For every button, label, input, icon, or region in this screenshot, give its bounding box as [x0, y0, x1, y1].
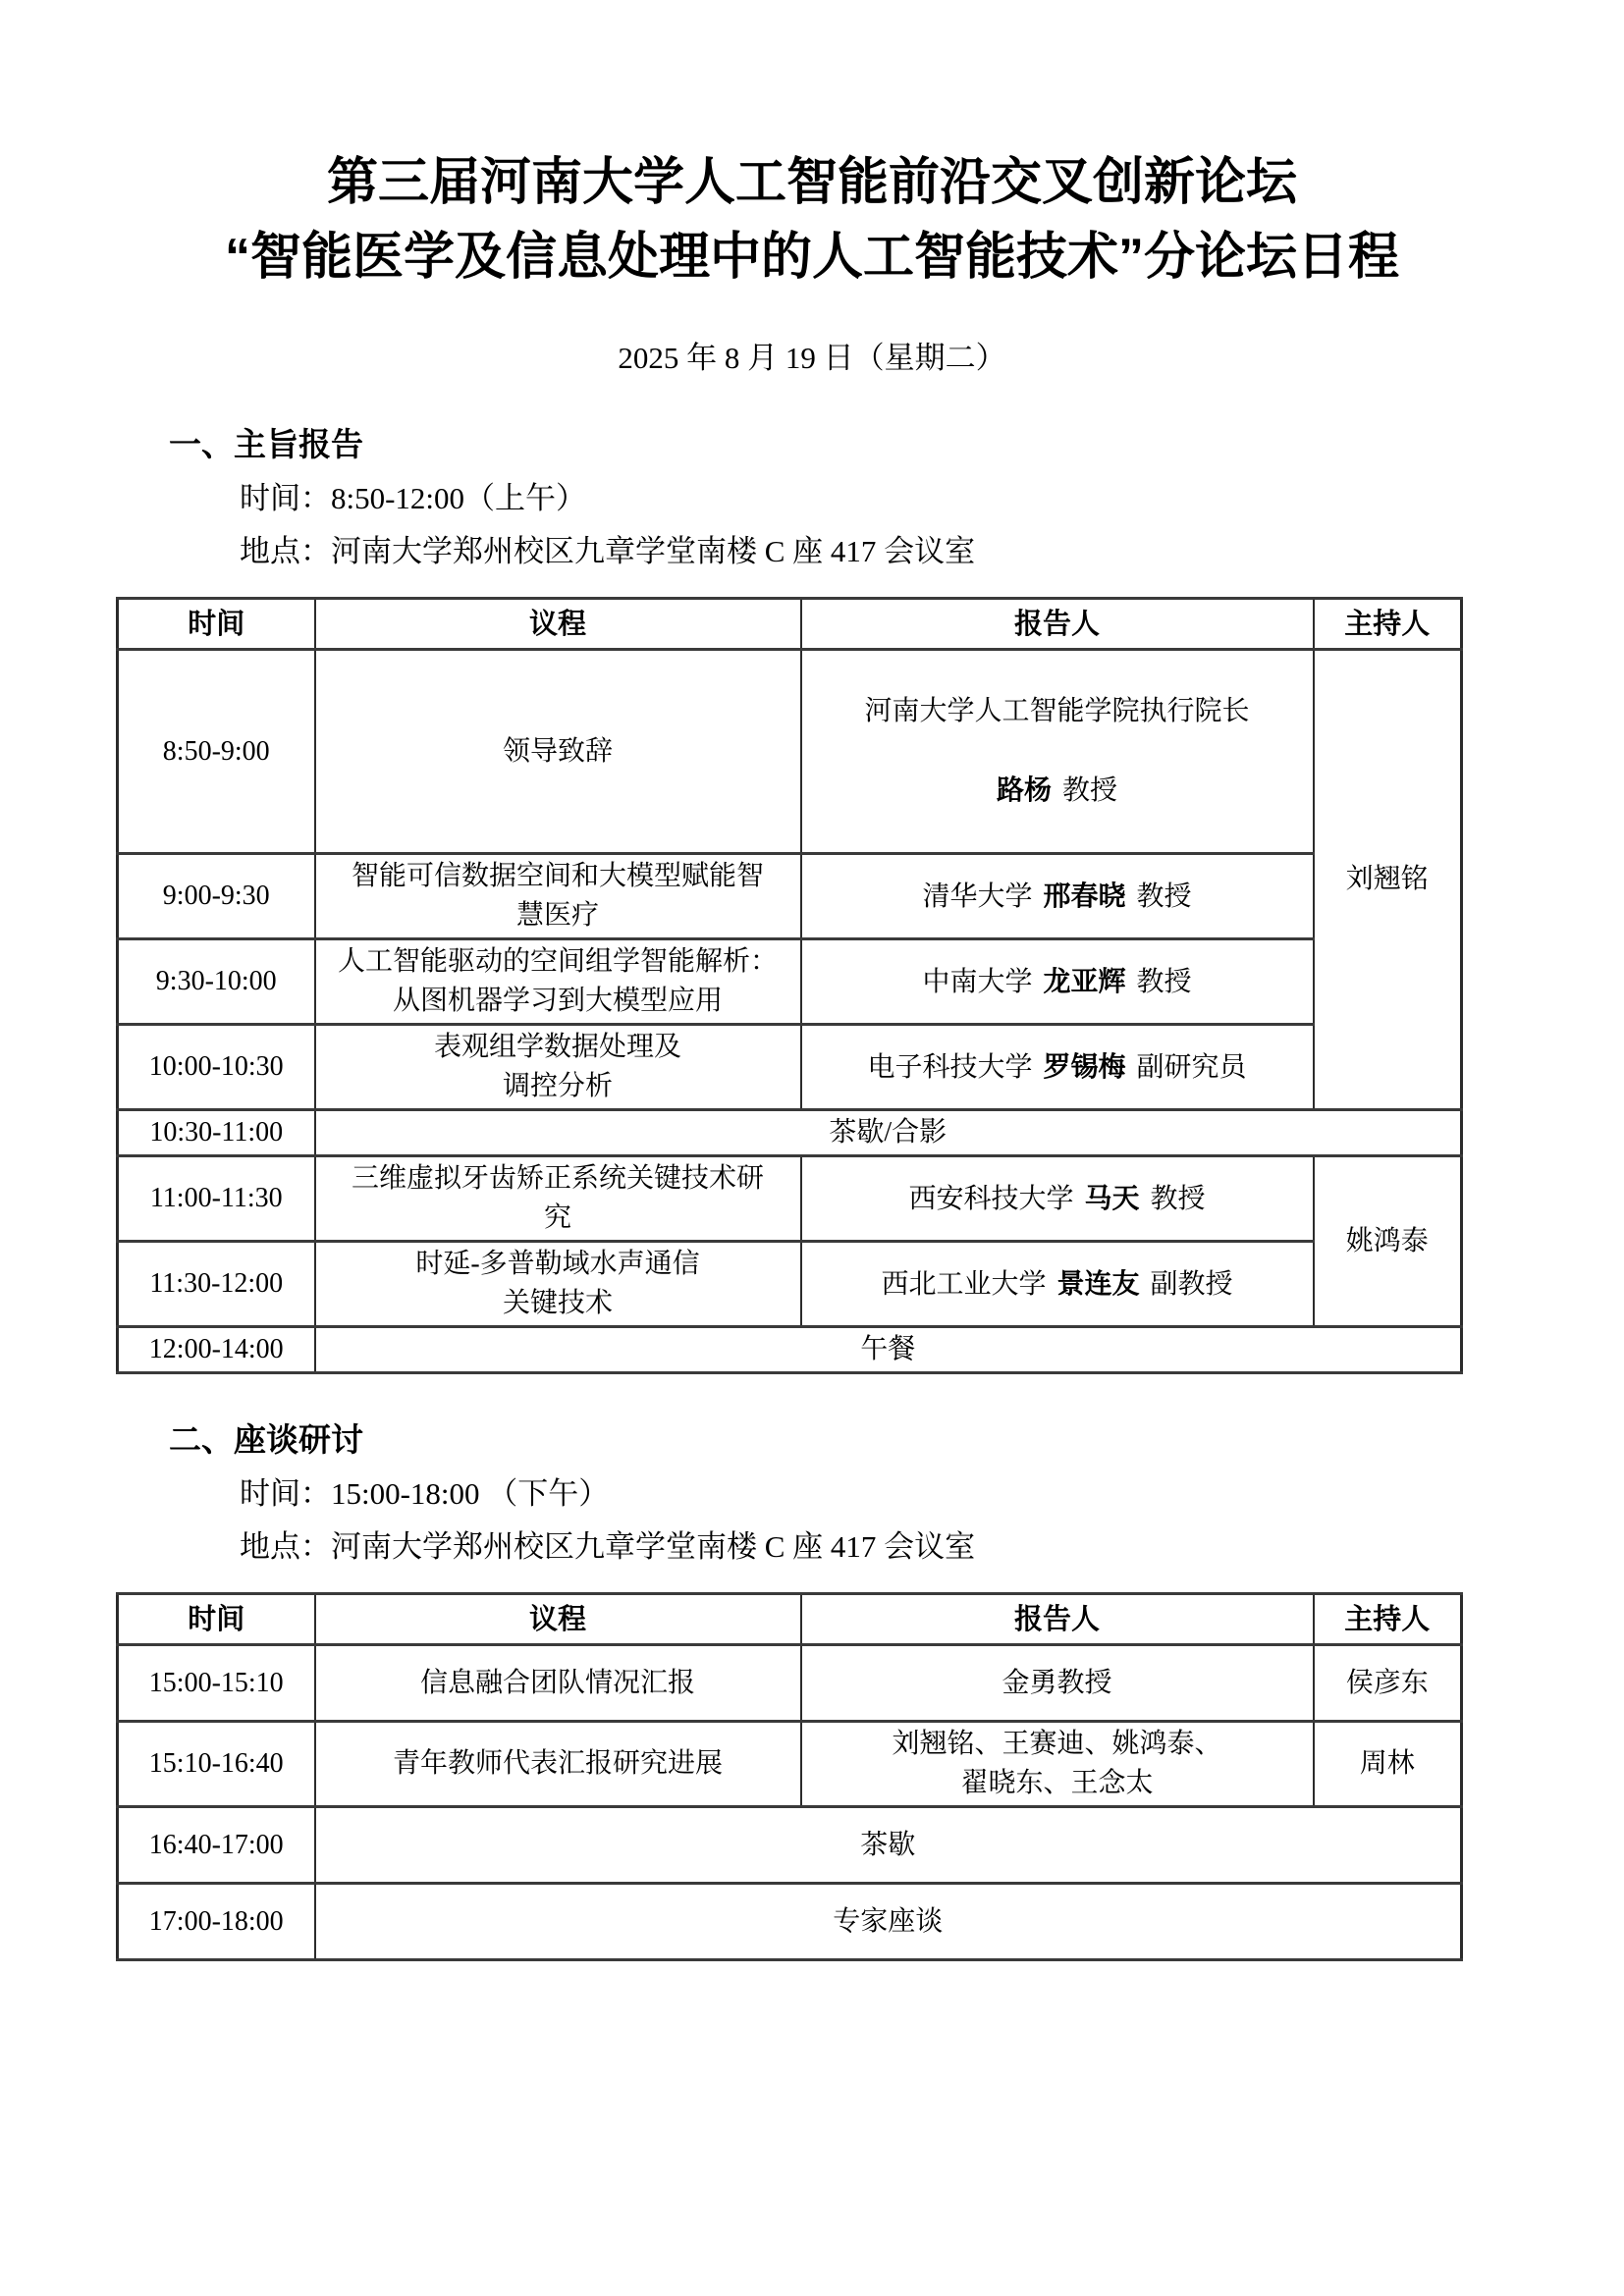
table-row: 9:00-9:30 智能可信数据空间和大模型赋能智 慧医疗 清华大学邢春晓教授 — [118, 854, 1462, 939]
section-keynote-heading: 一、主旨报告 — [169, 422, 1460, 467]
column-header-host: 主持人 — [1314, 1594, 1462, 1645]
merged-break-cell: 茶歇 — [315, 1807, 1462, 1884]
table-header-row: 时间 议程 报告人 主持人 — [118, 599, 1462, 650]
host-cell: 姚鸿泰 — [1314, 1156, 1462, 1327]
host-cell: 刘翘铭 — [1314, 650, 1462, 1110]
event-date: 2025 年 8 月 19 日（星期二） — [0, 338, 1624, 379]
reporter-cell: 刘翘铭、王赛迪、姚鸿泰、 翟晓东、王念太 — [801, 1722, 1314, 1807]
agenda-cell: 表观组学数据处理及 调控分析 — [315, 1025, 801, 1110]
host-cell: 侯彦东 — [1314, 1645, 1462, 1722]
agenda-cell: 领导致辞 — [315, 650, 801, 854]
agenda-cell: 信息融合团队情况汇报 — [315, 1645, 801, 1722]
agenda-cell: 青年教师代表汇报研究进展 — [315, 1722, 801, 1807]
panel-schedule-table: 时间 议程 报告人 主持人 15:00-15:10 信息融合团队情况汇报 金勇教… — [116, 1592, 1463, 1961]
table-row: 9:30-10:00 人工智能驱动的空间组学智能解析： 从图机器学习到大模型应用… — [118, 939, 1462, 1025]
reporter-name: 马天 — [1084, 1183, 1139, 1213]
column-header-time: 时间 — [118, 599, 315, 650]
host-cell: 周林 — [1314, 1722, 1462, 1807]
column-header-agenda: 议程 — [315, 599, 801, 650]
merged-break-cell: 午餐 — [315, 1327, 1462, 1373]
reporter-affiliation: 电子科技大学 — [867, 1052, 1032, 1083]
time-cell: 9:00-9:30 — [118, 854, 315, 939]
table-row: 11:30-12:00 时延-多普勒域水声通信 关键技术 西北工业大学景连友副教… — [118, 1242, 1462, 1327]
reporter-cell: 中南大学龙亚辉教授 — [801, 939, 1314, 1025]
agenda-cell: 时延-多普勒域水声通信 关键技术 — [315, 1242, 801, 1327]
reporter-affiliation: 西北工业大学 — [881, 1269, 1046, 1300]
merged-break-cell: 茶歇/合影 — [315, 1110, 1462, 1156]
section-panel-heading: 二、座谈研讨 — [169, 1417, 1460, 1463]
reporter-name: 路杨 — [997, 774, 1052, 805]
time-cell: 15:10-16:40 — [118, 1722, 315, 1807]
time-cell: 16:40-17:00 — [118, 1807, 315, 1884]
merged-break-cell: 专家座谈 — [315, 1884, 1462, 1960]
reporter-cell: 电子科技大学罗锡梅副研究员 — [801, 1025, 1314, 1110]
table-header-row: 时间 议程 报告人 主持人 — [118, 1594, 1462, 1645]
reporter-name: 罗锡梅 — [1043, 1051, 1125, 1082]
forum-title: 第三届河南大学人工智能前沿交叉创新论坛 — [0, 145, 1624, 220]
column-header-agenda: 议程 — [315, 1594, 801, 1645]
reporter-name: 邢春晓 — [1043, 881, 1125, 911]
reporter-cell: 河南大学人工智能学院执行院长 路杨教授 — [801, 650, 1314, 854]
agenda-cell: 智能可信数据空间和大模型赋能智 慧医疗 — [315, 854, 801, 939]
time-cell: 9:30-10:00 — [118, 939, 315, 1025]
time-cell: 8:50-9:00 — [118, 650, 315, 854]
table-row: 15:10-16:40 青年教师代表汇报研究进展 刘翘铭、王赛迪、姚鸿泰、 翟晓… — [118, 1722, 1462, 1807]
table-row-break: 10:30-11:00 茶歇/合影 — [118, 1110, 1462, 1156]
reporter-affiliation-line: 河南大学人工智能学院执行院长 — [812, 692, 1303, 731]
panel-time-line: 时间：15:00-18:00 （下午） — [240, 1472, 1460, 1516]
time-cell: 10:00-10:30 — [118, 1025, 315, 1110]
reporter-affiliation: 西安科技大学 — [908, 1184, 1073, 1214]
column-header-host: 主持人 — [1314, 599, 1462, 650]
table-row: 15:00-15:10 信息融合团队情况汇报 金勇教授 侯彦东 — [118, 1645, 1462, 1722]
column-header-time: 时间 — [118, 1594, 315, 1645]
reporter-cell: 西北工业大学景连友副教授 — [801, 1242, 1314, 1327]
reporter-name: 景连友 — [1056, 1268, 1139, 1299]
time-cell: 15:00-15:10 — [118, 1645, 315, 1722]
reporter-rank: 教授 — [1151, 1184, 1206, 1214]
reporter-name: 龙亚辉 — [1043, 966, 1125, 996]
reporter-rank: 教授 — [1062, 775, 1117, 806]
reporter-rank: 副研究员 — [1137, 1052, 1247, 1083]
time-cell: 10:30-11:00 — [118, 1110, 315, 1156]
reporter-affiliation: 中南大学 — [922, 967, 1032, 997]
time-cell: 12:00-14:00 — [118, 1327, 315, 1373]
reporter-name-line: 路杨教授 — [812, 771, 1303, 811]
panel-location-line: 地点：河南大学郑州校区九章学堂南楼 C 座 417 会议室 — [240, 1525, 1460, 1569]
column-header-reporter: 报告人 — [801, 1594, 1314, 1645]
time-cell: 11:00-11:30 — [118, 1156, 315, 1242]
reporter-cell: 西安科技大学马天教授 — [801, 1156, 1314, 1242]
reporter-cell: 金勇教授 — [801, 1645, 1314, 1722]
column-header-reporter: 报告人 — [801, 599, 1314, 650]
reporter-rank: 教授 — [1137, 881, 1192, 912]
table-row: 8:50-9:00 领导致辞 河南大学人工智能学院执行院长 路杨教授 刘翘铭 — [118, 650, 1462, 854]
table-row-break: 17:00-18:00 专家座谈 — [118, 1884, 1462, 1960]
reporter-rank: 教授 — [1137, 967, 1192, 997]
reporter-cell: 清华大学邢春晓教授 — [801, 854, 1314, 939]
reporter-affiliation: 清华大学 — [922, 881, 1032, 912]
agenda-cell: 人工智能驱动的空间组学智能解析： 从图机器学习到大模型应用 — [315, 939, 801, 1025]
table-row-break: 12:00-14:00 午餐 — [118, 1327, 1462, 1373]
document-page: 第三届河南大学人工智能前沿交叉创新论坛 “智能医学及信息处理中的人工智能技术”分… — [0, 0, 1624, 2296]
keynote-location-line: 地点：河南大学郑州校区九章学堂南楼 C 座 417 会议室 — [240, 530, 1460, 573]
time-cell: 17:00-18:00 — [118, 1884, 315, 1960]
subforum-title: “智能医学及信息处理中的人工智能技术”分论坛日程 — [0, 220, 1624, 294]
keynote-time-line: 时间：8:50-12:00（上午） — [240, 477, 1460, 520]
content-area: 一、主旨报告 时间：8:50-12:00（上午） 地点：河南大学郑州校区九章学堂… — [116, 422, 1460, 1961]
table-row: 11:00-11:30 三维虚拟牙齿矫正系统关键技术研 究 西安科技大学马天教授… — [118, 1156, 1462, 1242]
agenda-cell: 三维虚拟牙齿矫正系统关键技术研 究 — [315, 1156, 801, 1242]
reporter-rank: 副教授 — [1151, 1269, 1233, 1300]
time-cell: 11:30-12:00 — [118, 1242, 315, 1327]
table-row: 10:00-10:30 表观组学数据处理及 调控分析 电子科技大学罗锡梅副研究员 — [118, 1025, 1462, 1110]
keynote-schedule-table: 时间 议程 报告人 主持人 8:50-9:00 领导致辞 河南大学人工智能学院执… — [116, 597, 1463, 1374]
table-row-break: 16:40-17:00 茶歇 — [118, 1807, 1462, 1884]
